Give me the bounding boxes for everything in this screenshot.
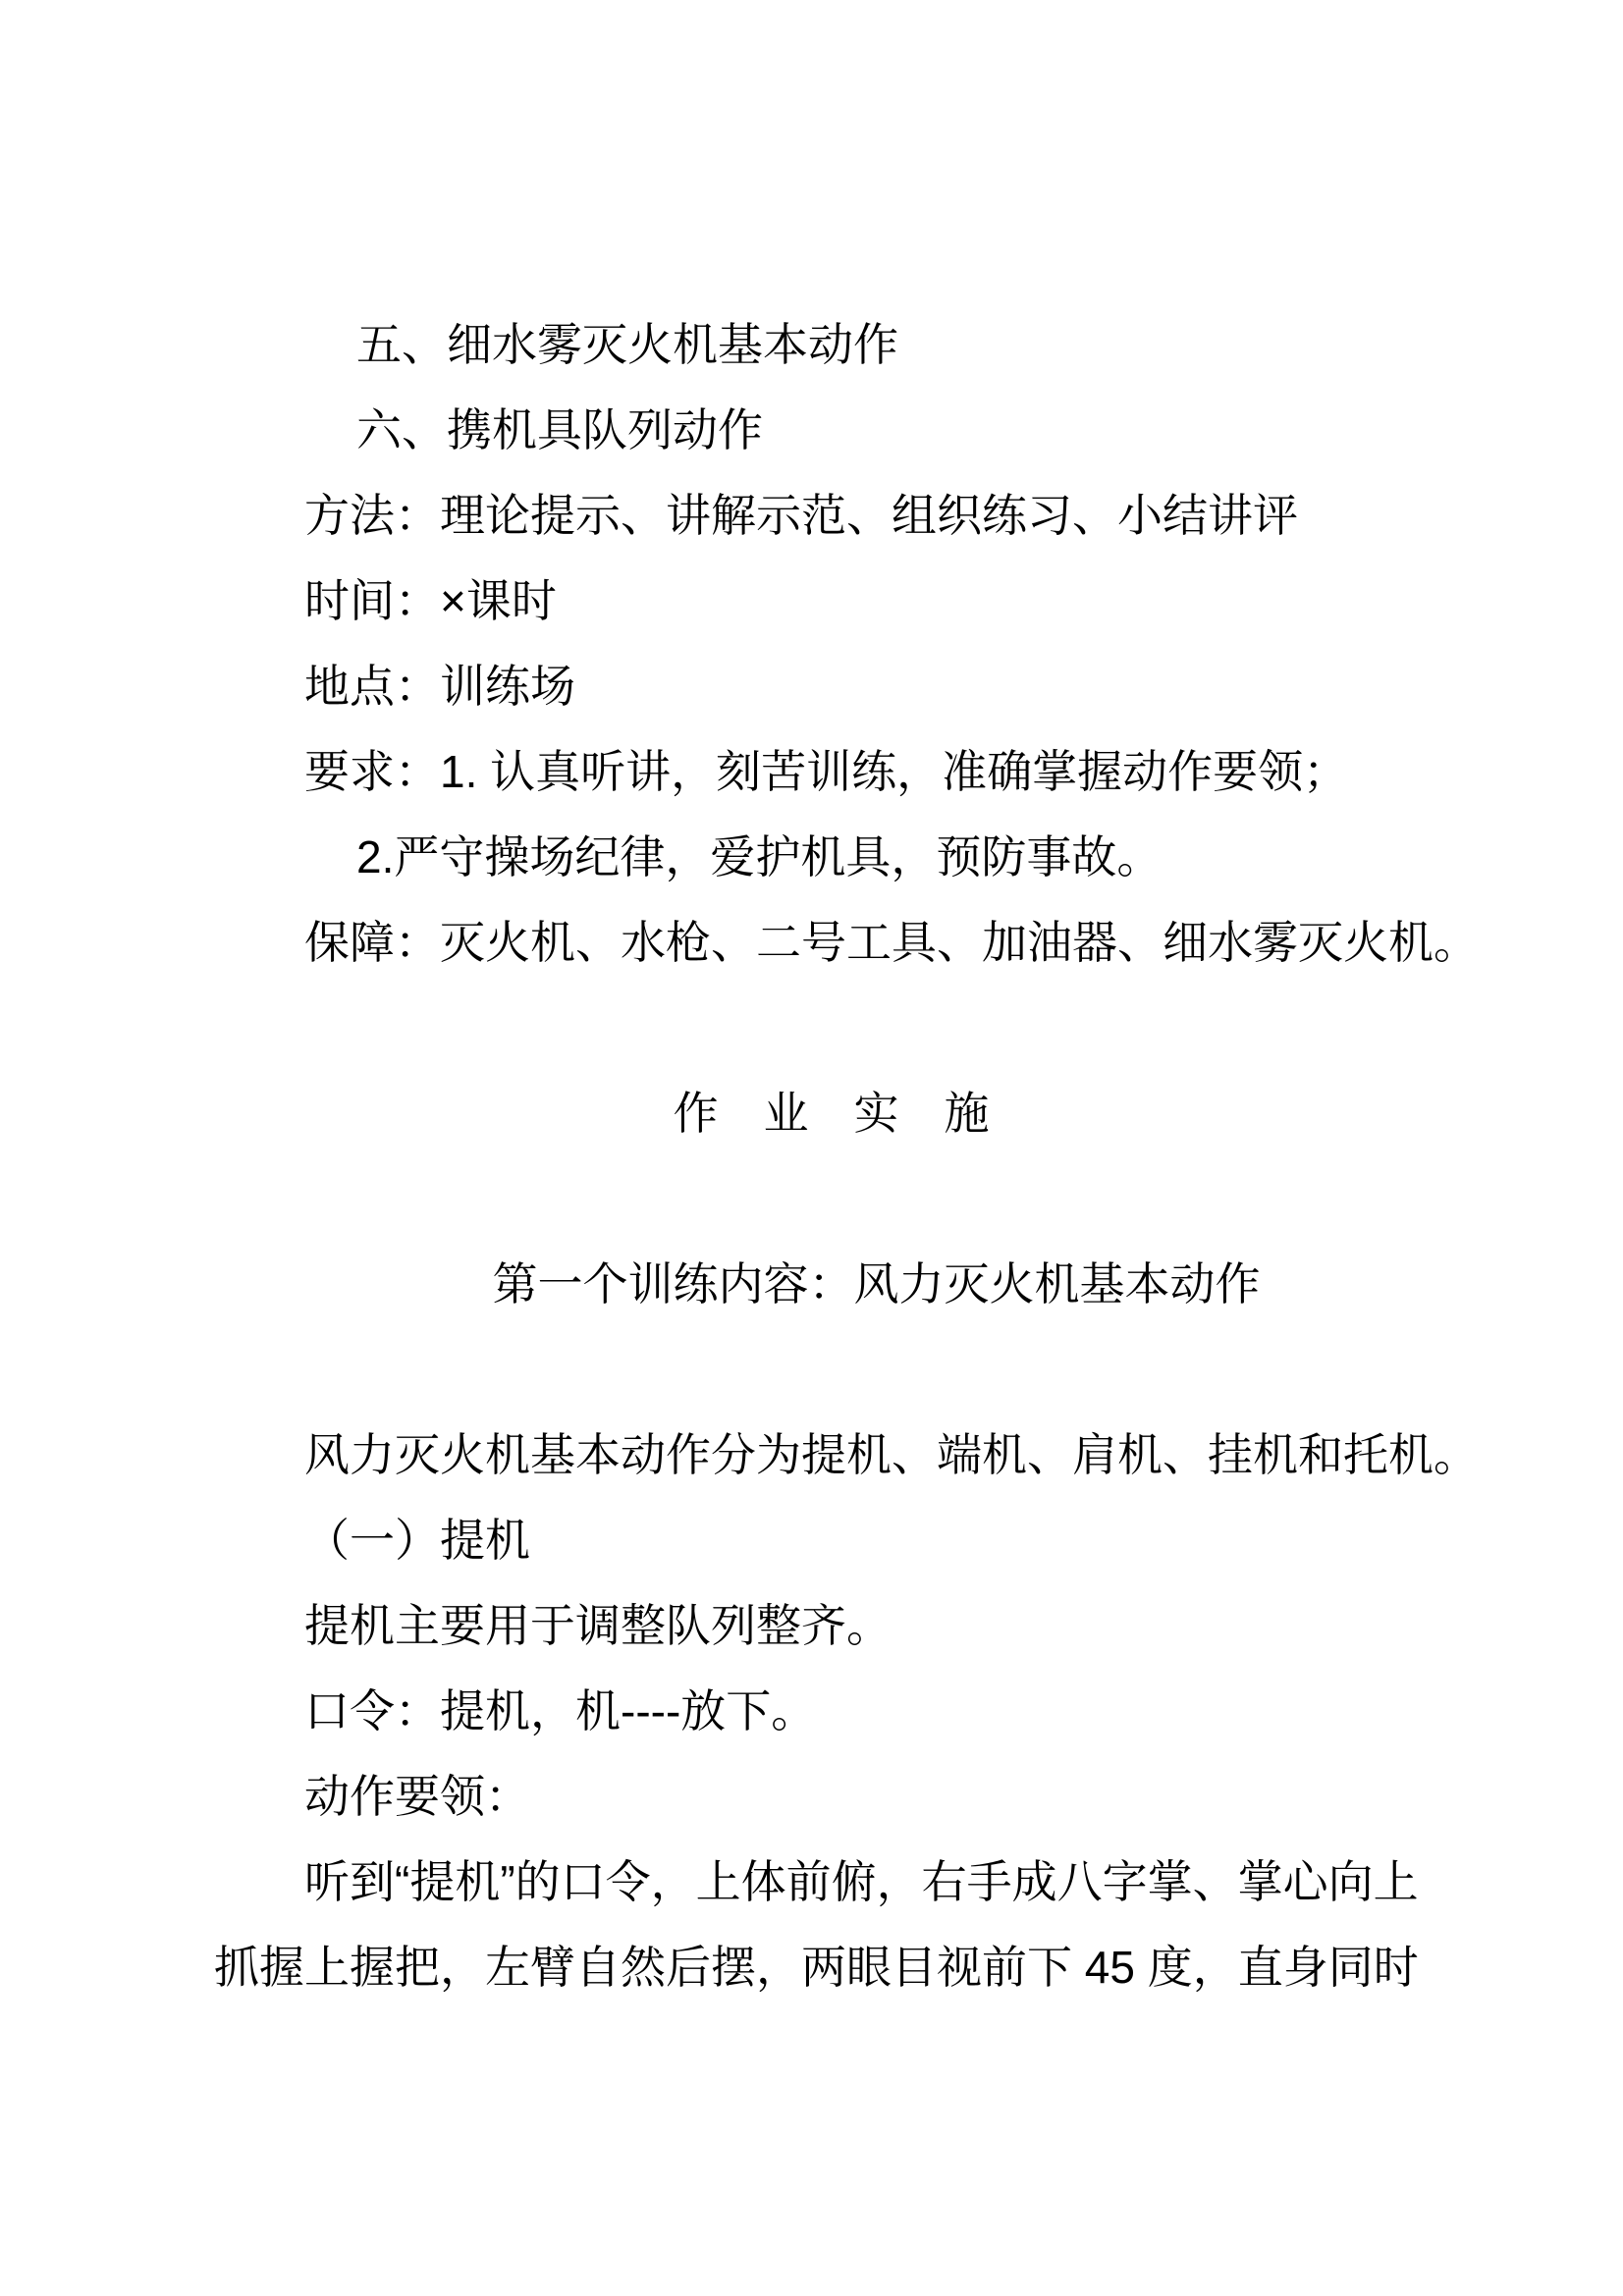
para-tiji-purpose: 提机主要用于调整队列整齐。: [214, 1583, 1448, 1669]
blank-line: [214, 1327, 1448, 1413]
location-line: 地点：训练场: [214, 644, 1448, 729]
heading-operation-implementation: 作 业 实 施: [214, 1071, 1448, 1156]
blank-line: [214, 986, 1448, 1071]
document-page: 五、细水雾灭火机基本动作 六、携机具队列动作 方法：理论提示、讲解示范、组织练习…: [0, 0, 1623, 2296]
support-line: 保障：灭火机、水枪、二号工具、加油器、细水雾灭火机。: [214, 900, 1448, 986]
subheading-tiji: （一）提机: [214, 1498, 1448, 1583]
heading-training-content-1: 第一个训练内容：风力灭火机基本动作: [214, 1242, 1448, 1327]
requirements-item-2: 2.严守操场纪律，爱护机具，预防事故。: [214, 815, 1448, 900]
toc-item-6: 六、携机具队列动作: [214, 388, 1448, 473]
blank-line: [214, 1156, 1448, 1242]
toc-item-5: 五、细水雾灭火机基本动作: [214, 302, 1448, 388]
para-command: 口令：提机，机----放下。: [214, 1669, 1448, 1754]
para-essentials-line-2: 抓握上握把，左臂自然后摆，两眼目视前下 45 度，直身同时: [214, 1925, 1448, 2010]
para-basic-actions-overview: 风力灭火机基本动作分为提机、端机、肩机、挂机和托机。: [214, 1413, 1448, 1498]
document-body: 五、细水雾灭火机基本动作 六、携机具队列动作 方法：理论提示、讲解示范、组织练习…: [214, 302, 1448, 2010]
time-line: 时间：×课时: [214, 559, 1448, 644]
para-essentials-line-1: 听到“提机”的口令，上体前俯，右手成八字掌、掌心向上: [214, 1840, 1448, 1925]
method-line: 方法：理论提示、讲解示范、组织练习、小结讲评: [214, 473, 1448, 559]
requirements-item-1: 要求：1. 认真听讲，刻苦训练，准确掌握动作要领；: [214, 729, 1448, 815]
para-action-essentials-label: 动作要领：: [214, 1754, 1448, 1840]
